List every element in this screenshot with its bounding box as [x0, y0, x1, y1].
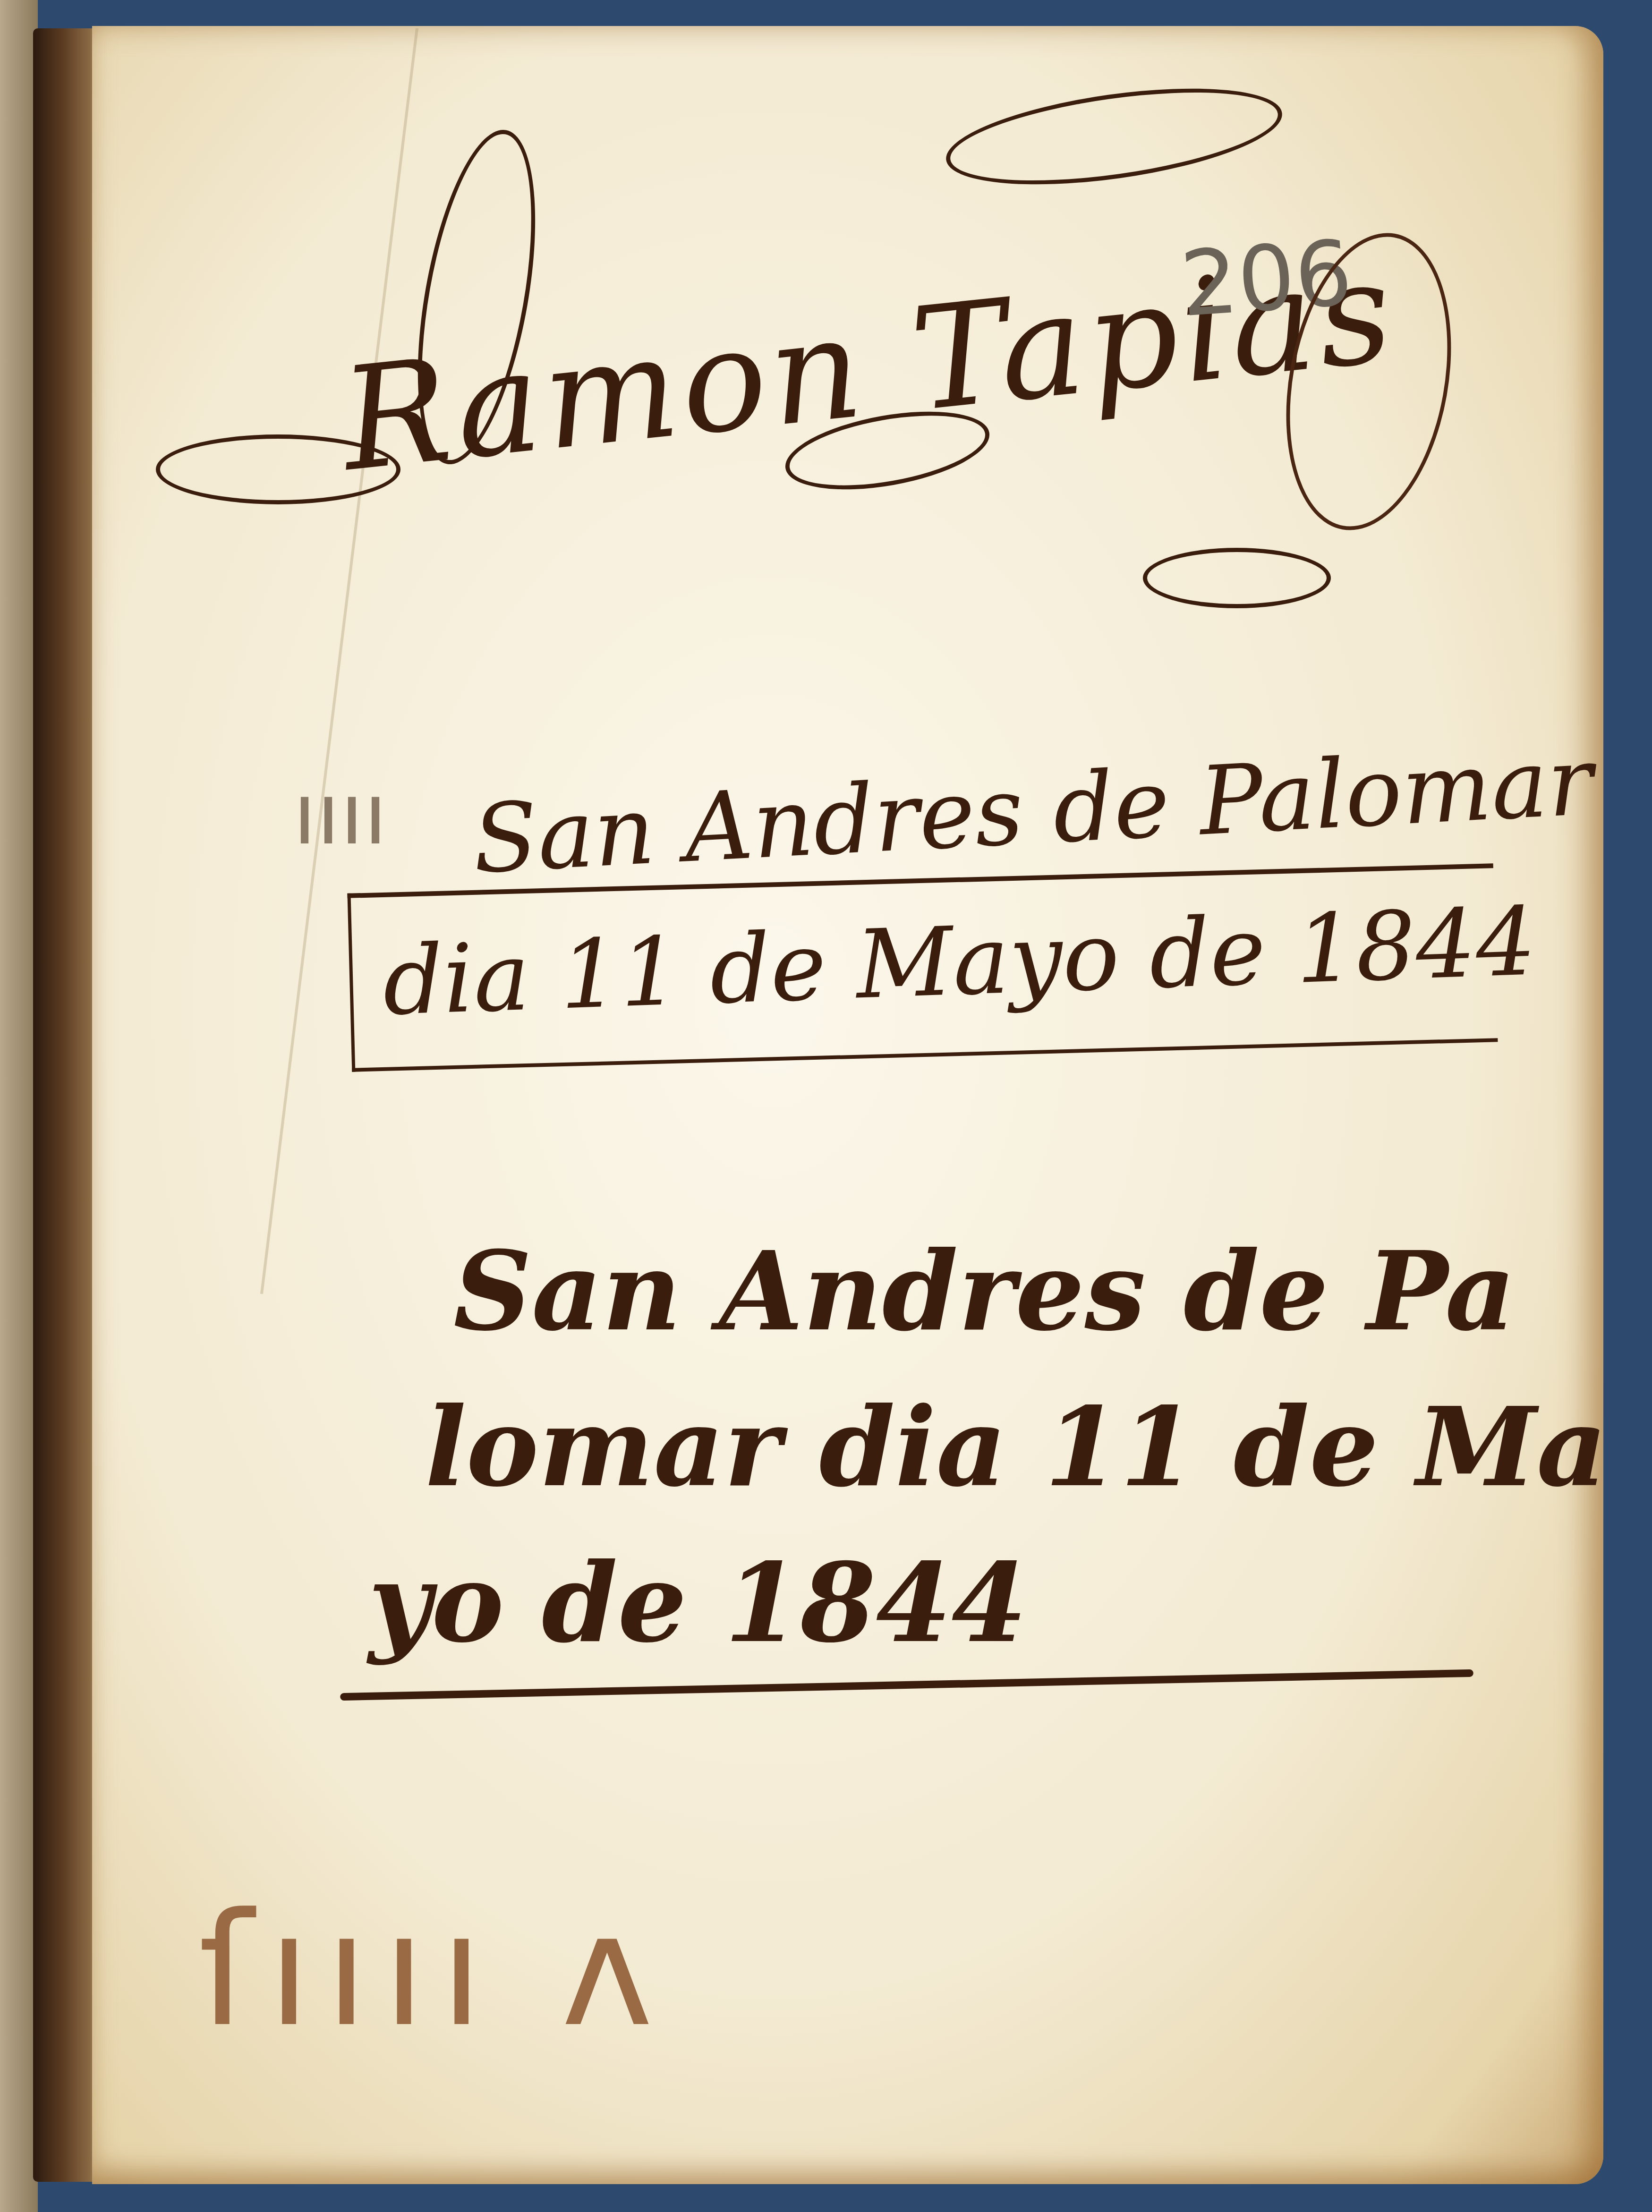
adjacent-book-edge [0, 0, 38, 2212]
entry-2-line-2: lomar dia 11 de Ma [425, 1370, 1607, 1525]
bottom-tally-marks: ſıııı ʌ [198, 1880, 667, 2061]
entry-2: San Andres de Pa lomar dia 11 de Ma yo d… [453, 1214, 1607, 1681]
grey-tally-marks: ıııı [293, 765, 387, 864]
entry-2-line-1: San Andres de Pa [453, 1214, 1607, 1370]
entry-2-line-3: yo de 1844 [368, 1525, 1607, 1681]
flourish-icon [1143, 548, 1331, 608]
